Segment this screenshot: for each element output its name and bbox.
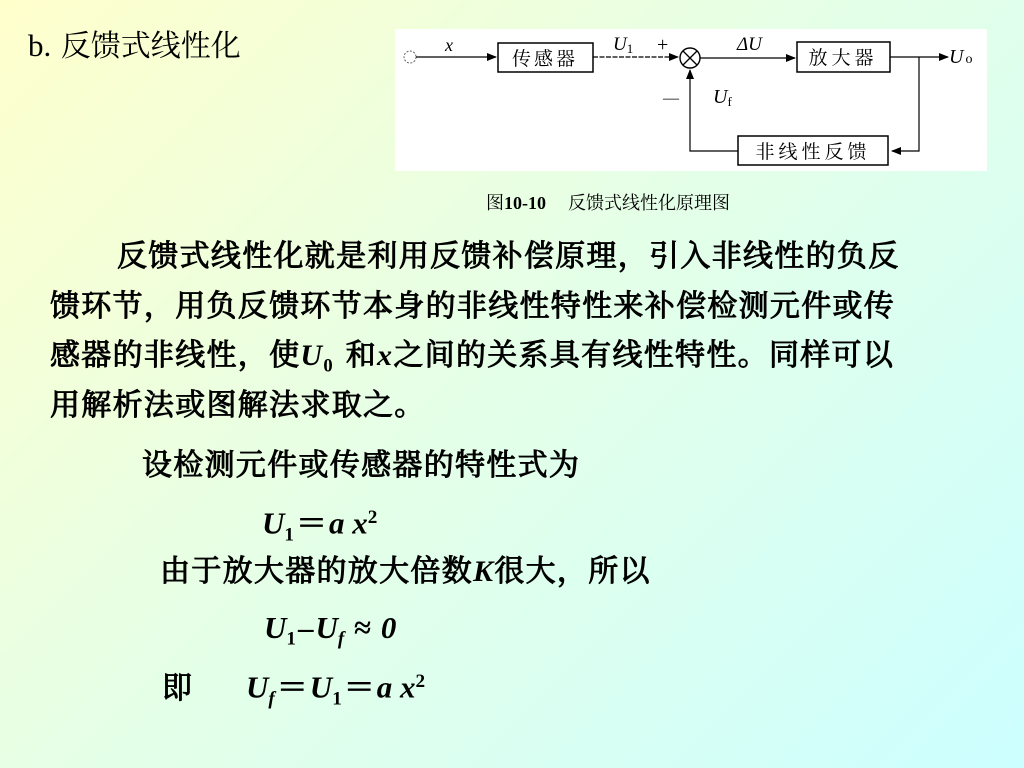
- block-diagram: x 传感器 U1 + — ΔU 放大器 Uo 非线性反馈: [395, 29, 987, 171]
- input-label: x: [444, 35, 453, 55]
- amplifier-block-label: 放大器: [808, 47, 877, 69]
- body-paragraph: 反馈式线性化就是利用反馈补偿原理，引入非线性的负反 馈环节，用负反馈环节本身的非…: [50, 232, 990, 430]
- paragraph-line: 感器的非线性，使U0 和x之间的关系具有线性特性。同样可以: [50, 331, 990, 381]
- figure-prefix: 图: [486, 193, 504, 214]
- u1-label: U1: [613, 34, 633, 56]
- slide-title: b. 反馈式线性化: [28, 24, 241, 69]
- paragraph-line: 反馈式线性化就是利用反馈补偿原理，引入非线性的负反: [50, 232, 990, 282]
- statement-sensor-characteristic: 设检测元件或传感器的特性式为: [142, 444, 580, 488]
- minus-sign: —: [662, 90, 680, 107]
- math-u0: U0: [300, 339, 334, 372]
- sensor-block-label: 传感器: [512, 47, 578, 70]
- math-k: K: [473, 555, 494, 588]
- equation-uf: 即Uf＝U1＝a x2: [162, 660, 425, 721]
- plus-sign: +: [657, 34, 668, 56]
- feedback-signal-label: Uf: [713, 86, 732, 109]
- equation-u1: U1＝a x2: [262, 496, 377, 557]
- math-x: x: [377, 339, 393, 372]
- equation-label-ji: 即: [162, 667, 246, 711]
- statement-amplifier-gain: 由于放大器的放大倍数K很大，所以: [160, 550, 651, 594]
- feedback-takeoff-arrow: [892, 57, 919, 151]
- error-label: ΔU: [736, 34, 763, 55]
- feedback-block-label: 非线性反馈: [755, 141, 870, 163]
- block-diagram-svg: x 传感器 U1 + — ΔU 放大器 Uo 非线性反馈: [395, 29, 987, 171]
- paragraph-line: 馈环节，用负反馈环节本身的非线性特性来补偿检测元件或传: [50, 282, 990, 332]
- figure-number: 10-10: [504, 193, 546, 213]
- summing-junction-icon: [680, 48, 700, 68]
- equation-difference-approx-zero: U1–Uf ≈ 0: [264, 606, 396, 662]
- title-text: 反馈式线性化: [61, 29, 241, 64]
- title-prefix: b.: [28, 28, 51, 63]
- figure-title: 反馈式线性化原理图: [568, 193, 730, 214]
- output-label: Uo: [949, 46, 972, 68]
- figure-caption: 图10-10反馈式线性化原理图: [486, 190, 730, 217]
- feedback-return-arrow: [690, 70, 738, 151]
- input-node-icon: [404, 51, 416, 63]
- paragraph-line: 用解析法或图解法求取之。: [50, 381, 990, 431]
